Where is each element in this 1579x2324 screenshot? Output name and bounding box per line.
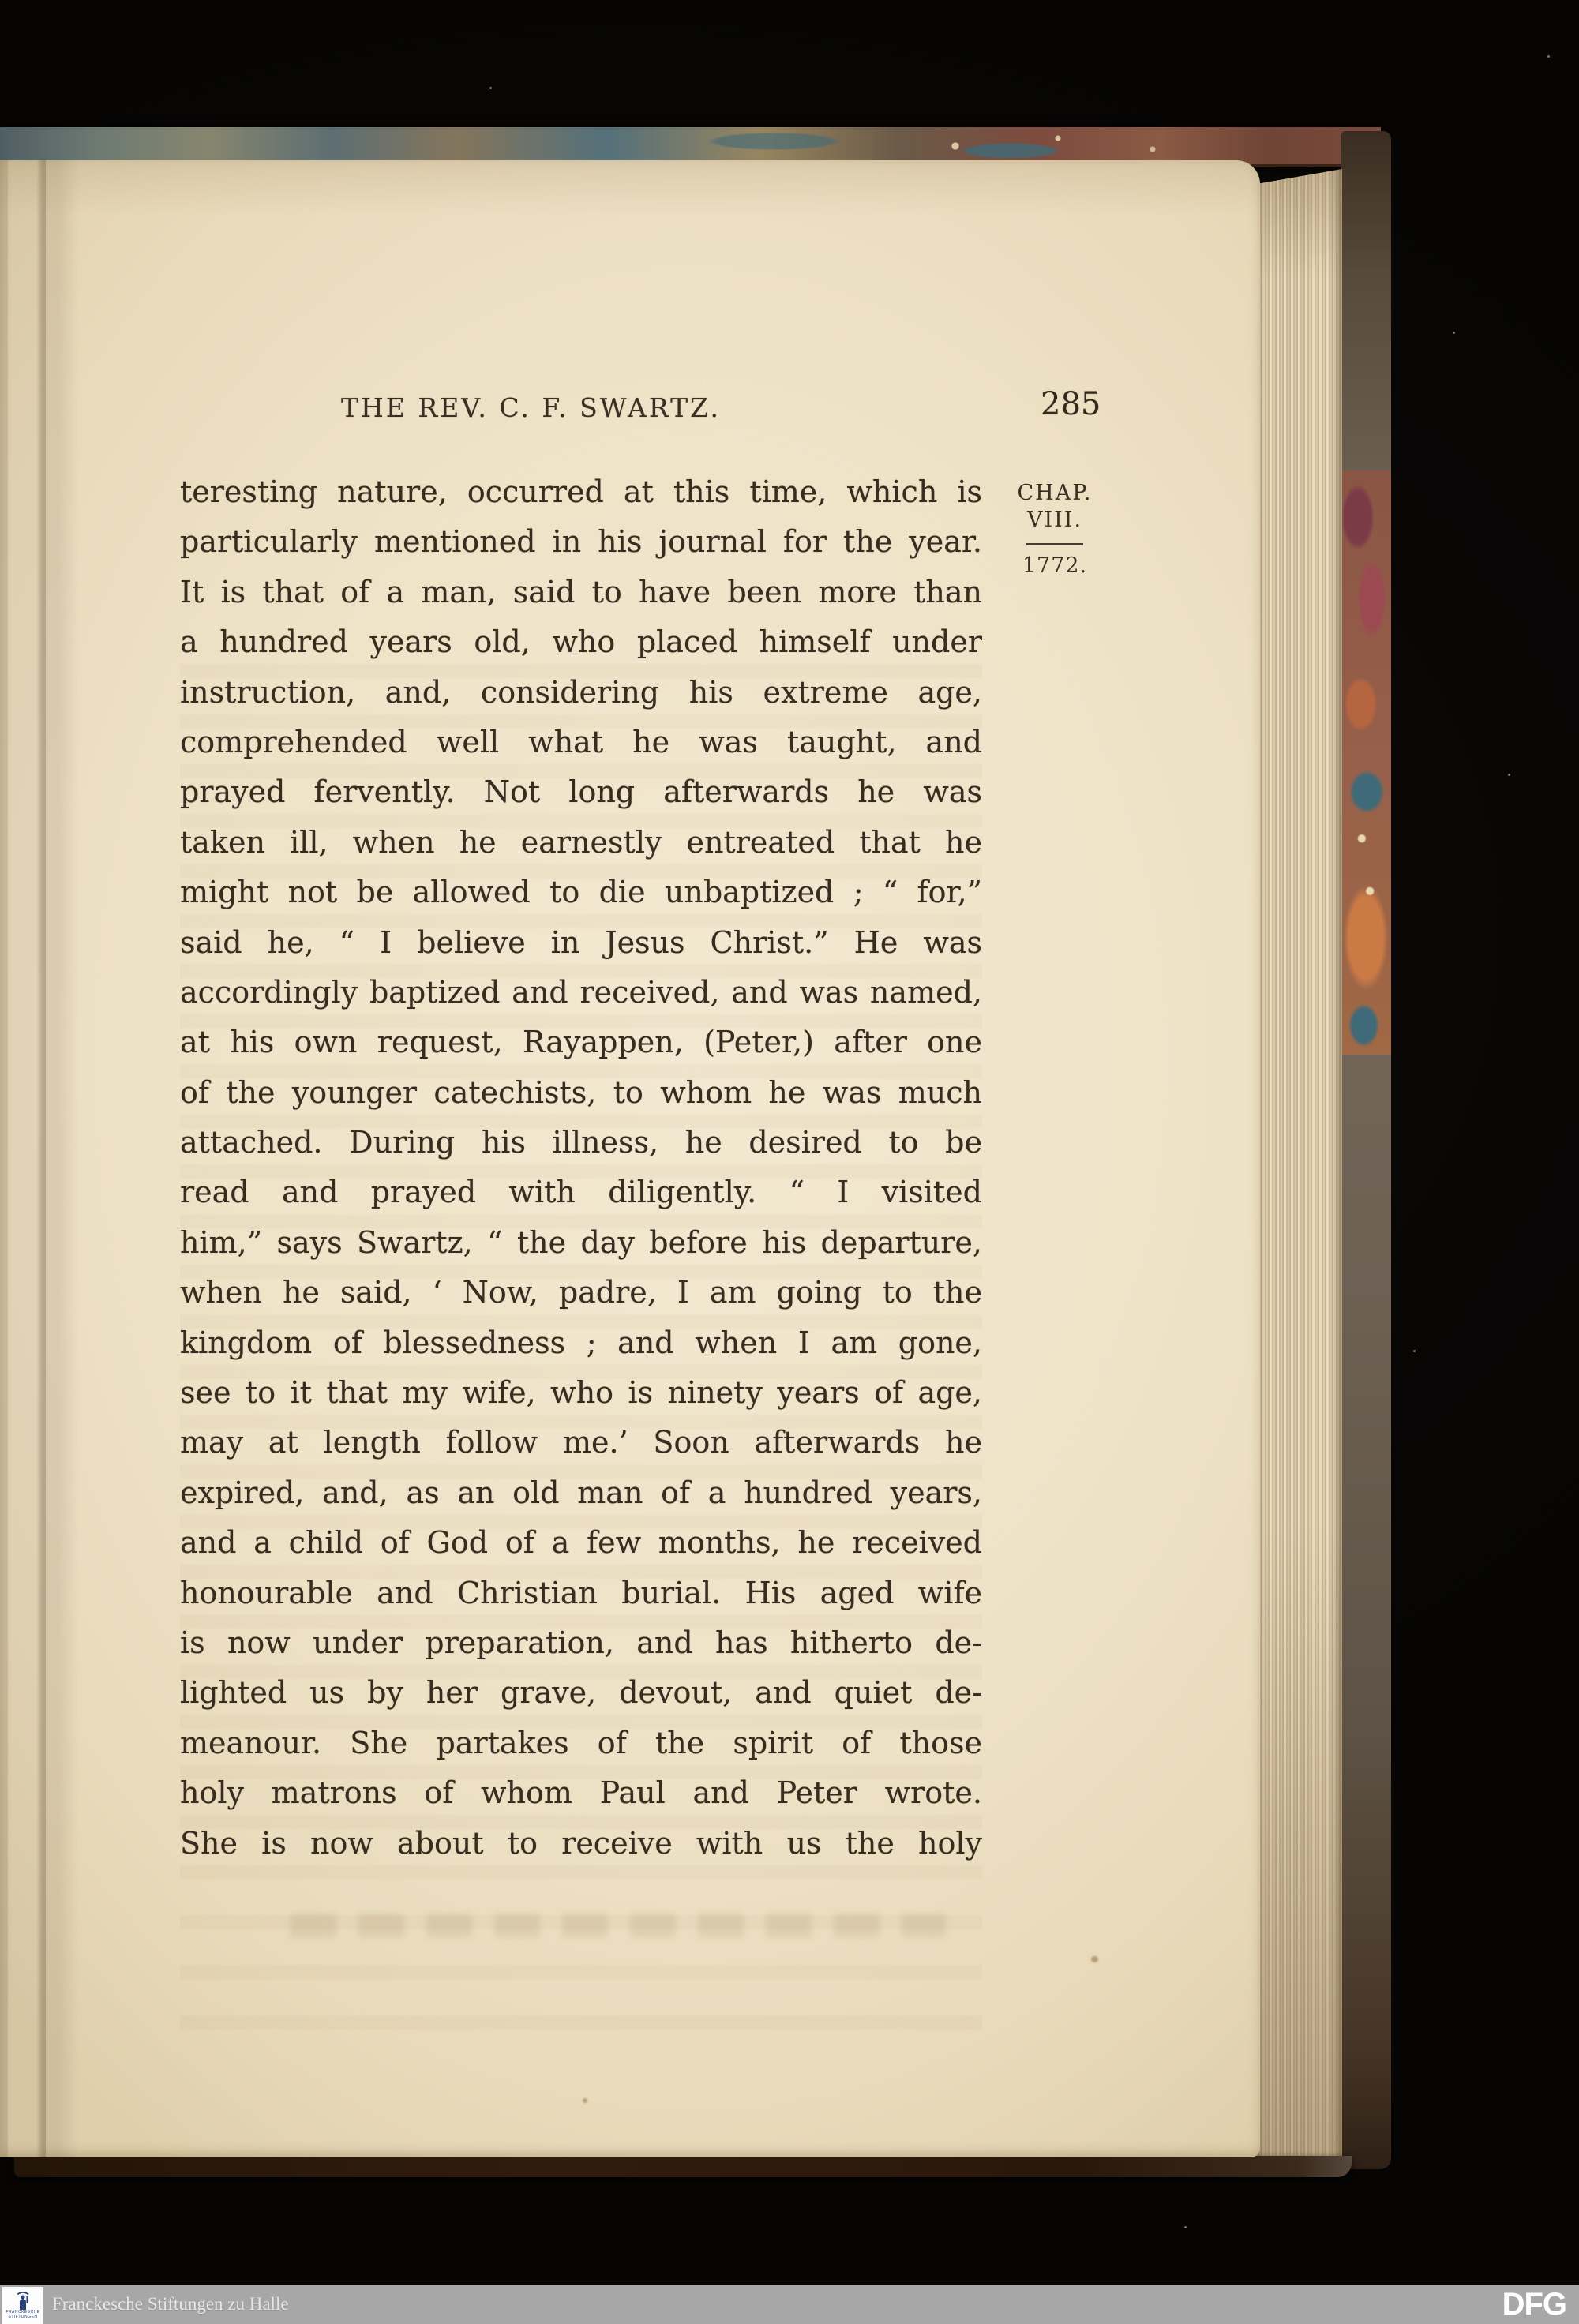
text-line: honourable and Christian burial. His age… <box>180 1569 982 1618</box>
body-text: teresting nature, occurred at this time,… <box>180 467 982 1869</box>
dust-speck <box>1547 55 1550 58</box>
dust-speck <box>489 87 492 89</box>
book-cover-bottom-edge <box>14 2156 1352 2177</box>
margin-year: 1772. <box>1004 553 1105 578</box>
margin-chapter: CHAP. <box>1004 480 1105 507</box>
text-line: comprehended well what he was taught, an… <box>180 718 982 767</box>
dust-speck <box>1508 774 1510 776</box>
book-photo: THE REV. C. F. SWARTZ. 285 CHAP. VIII. 1… <box>0 0 1579 2324</box>
text-line: may at length follow me.’ Soon afterward… <box>180 1418 982 1467</box>
page-stack-fore-edge <box>1252 169 1342 2157</box>
dust-speck <box>1453 332 1455 334</box>
foxing-spot <box>1091 1956 1098 1962</box>
logo-caption-line2: STIFTUNGEN <box>9 2315 38 2319</box>
text-line: a hundred years old, who placed himself … <box>180 617 982 667</box>
text-line: is now under preparation, and has hither… <box>180 1618 982 1668</box>
text-line: prayed fervently. Not long afterwards he… <box>180 767 982 817</box>
margin-rule <box>1026 543 1083 545</box>
margin-chapter-numeral: VIII. <box>1004 507 1105 534</box>
text-line: read and prayed with diligently. “ I vis… <box>180 1168 982 1217</box>
marbled-paper-strip <box>1341 470 1391 1055</box>
dfg-logo: DFG <box>1502 2287 1566 2322</box>
text-line: him,” says Swartz, “ the day before his … <box>180 1218 982 1268</box>
text-line: and a child of God of a few months, he r… <box>180 1518 982 1568</box>
text-line: It is that of a man, said to have been m… <box>180 568 982 617</box>
text-line: attached. During his illness, he desired… <box>180 1118 982 1168</box>
text-line: She is now about to receive with us the … <box>180 1819 982 1869</box>
franckesche-logo: FRANCKESCHE STIFTUNGEN <box>2 2287 43 2324</box>
text-line: instruction, and, considering his extrem… <box>180 668 982 718</box>
text-line: teresting nature, occurred at this time,… <box>180 467 982 517</box>
text-line: particularly mentioned in his journal fo… <box>180 517 982 567</box>
archive-name-label: Franckesche Stiftungen zu Halle <box>52 2285 289 2324</box>
text-line: when he said, ‘ Now, padre, I am going t… <box>180 1268 982 1318</box>
text-line: taken ill, when he earnestly entreated t… <box>180 818 982 868</box>
text-line: might not be allowed to die unbaptized ;… <box>180 868 982 917</box>
margin-note: CHAP. VIII. 1772. <box>1004 480 1105 578</box>
foxing-spot <box>583 2098 587 2103</box>
watermark-bar: FRANCKESCHE STIFTUNGEN Franckesche Stift… <box>0 2285 1579 2324</box>
dust-speck <box>1413 1350 1416 1352</box>
franckesche-logo-icon <box>14 2289 32 2310</box>
text-line: meanour. She partakes of the spirit of t… <box>180 1719 982 1768</box>
book-cover-right-edge <box>1341 131 1391 2169</box>
running-head: THE REV. C. F. SWARTZ. <box>341 392 721 423</box>
dust-speck <box>1184 2226 1187 2228</box>
text-line: of the younger catechists, to whom he wa… <box>180 1068 982 1118</box>
text-line: kingdom of blessedness ; and when I am g… <box>180 1318 982 1368</box>
text-line: expired, and, as an old man of a hundred… <box>180 1468 982 1518</box>
text-line: lighted us by her grave, devout, and qui… <box>180 1668 982 1718</box>
text-line: at his own request, Rayappen, (Peter,) a… <box>180 1018 982 1067</box>
text-line: holy matrons of whom Paul and Peter wrot… <box>180 1768 982 1818</box>
text-line: said he, “ I believe in Jesus Christ.” H… <box>180 918 982 968</box>
text-line: accordingly baptized and received, and w… <box>180 968 982 1018</box>
show-through-text <box>291 1914 946 1937</box>
text-line: see to it that my wife, who is ninety ye… <box>180 1368 982 1418</box>
page-number: 285 <box>1041 386 1101 422</box>
